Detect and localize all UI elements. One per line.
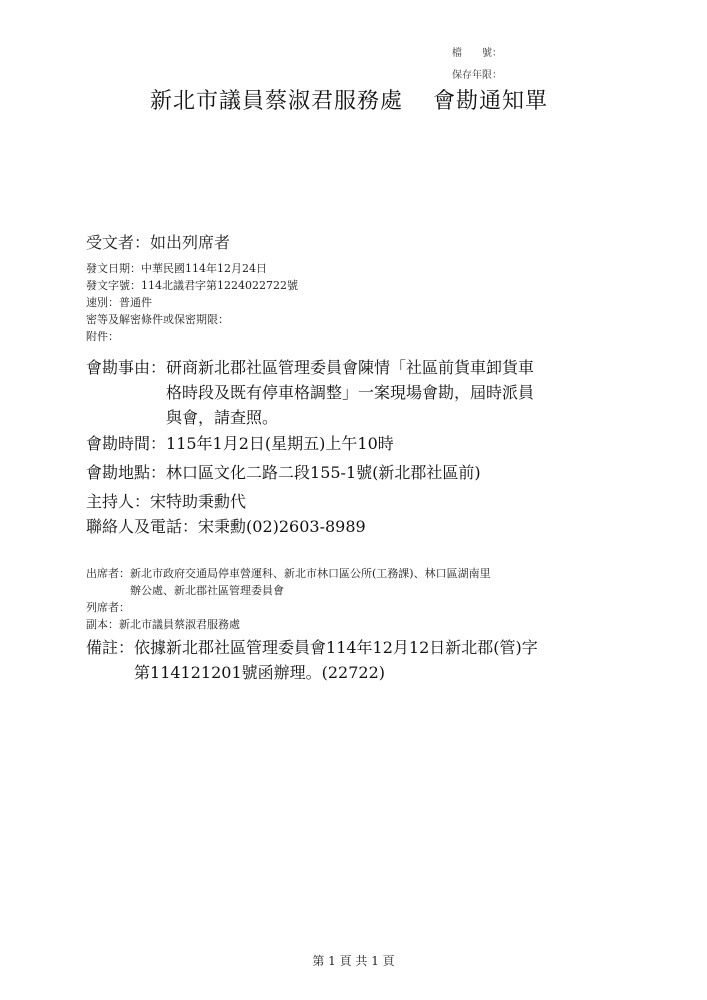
dispatch-number-value: 114北議君字第1224022722號 bbox=[141, 279, 298, 292]
host-label: 主持人： bbox=[86, 492, 150, 511]
dispatch-number-line: 發文字號：114北議君字第1224022722號 bbox=[86, 277, 298, 294]
inspection-time: 會勘時間：115年1月2日(星期五)上午10時 bbox=[86, 431, 394, 456]
distribution-list: 出席者： 新北市政府交通局停車營運科、新北市林口區公所(工務課)、林口區湖南里 … bbox=[86, 565, 491, 633]
form-name: 會勘通知單 bbox=[433, 89, 548, 114]
time-label: 會勘時間： bbox=[86, 434, 166, 453]
speed-value: 普通件 bbox=[119, 296, 152, 309]
dispatch-date-value: 中華民國114年12月24日 bbox=[141, 262, 267, 275]
contact-label: 聯絡人及電話： bbox=[86, 517, 198, 536]
speed-line: 速別：普通件 bbox=[86, 294, 298, 311]
remarks-line: 第114121201號函辦理。(22722) bbox=[134, 660, 538, 685]
attendees-label: 出席者： bbox=[86, 565, 130, 599]
reason-label: 會勘事由： bbox=[86, 355, 166, 430]
remarks: 備註： 依據新北郡社區管理委員會114年12月12日新北郡(管)字 第11412… bbox=[86, 635, 538, 685]
remarks-line: 依據新北郡社區管理委員會114年12月12日新北郡(管)字 bbox=[134, 635, 538, 660]
observers-line: 列席者： bbox=[86, 599, 491, 616]
recipient-value: 如出列席者 bbox=[150, 233, 230, 252]
classification-line: 密等及解密條件或保密期限： bbox=[86, 311, 298, 328]
dispatch-date-line: 發文日期：中華民國114年12月24日 bbox=[86, 260, 298, 277]
contact-value: 宋秉勳(02)2603-8989 bbox=[198, 517, 366, 536]
retention-period-label: 保存年限： bbox=[452, 66, 502, 81]
attendees-block: 出席者： 新北市政府交通局停車營運科、新北市林口區公所(工務課)、林口區湖南里 … bbox=[86, 565, 491, 599]
host-line: 主持人：宋特助秉勳代 bbox=[86, 489, 246, 514]
host-value: 宋特助秉勳代 bbox=[150, 492, 246, 511]
reason-line: 格時段及既有停車格調整」一案現場會勘，屆時派員 bbox=[166, 380, 534, 405]
time-value: 115年1月2日(星期五)上午10時 bbox=[166, 434, 394, 453]
contact-line: 聯絡人及電話：宋秉勳(02)2603-8989 bbox=[86, 514, 366, 539]
copy-label: 副本： bbox=[86, 618, 119, 631]
location-label: 會勘地點： bbox=[86, 463, 166, 482]
copy-value: 新北市議員蔡淑君服務處 bbox=[119, 618, 240, 631]
remarks-label: 備註： bbox=[86, 635, 134, 685]
observers-label: 列席者： bbox=[86, 601, 130, 614]
attendees-line: 辦公處、新北郡社區管理委員會 bbox=[130, 582, 491, 599]
dispatch-number-label: 發文字號： bbox=[86, 279, 141, 292]
document-title: 新北市議員蔡淑君服務處會勘通知單 bbox=[150, 84, 548, 115]
reason-line: 研商新北郡社區管理委員會陳情「社區前貨車卸貨車 bbox=[166, 355, 534, 380]
page-indicator: 第 1 頁 共 1 頁 bbox=[0, 952, 707, 969]
dispatch-info: 發文日期：中華民國114年12月24日 發文字號：114北議君字第1224022… bbox=[86, 260, 298, 345]
inspection-location: 會勘地點：林口區文化二路二段155-1號(新北郡社區前) bbox=[86, 460, 481, 485]
inspection-reason: 會勘事由： 研商新北郡社區管理委員會陳情「社區前貨車卸貨車 格時段及既有停車格調… bbox=[86, 355, 534, 430]
dispatch-date-label: 發文日期： bbox=[86, 262, 141, 275]
file-number-label: 檔 號： bbox=[452, 44, 502, 59]
copy-line: 副本：新北市議員蔡淑君服務處 bbox=[86, 616, 491, 633]
recipient-label: 受文者： bbox=[86, 233, 150, 252]
classification-label: 密等及解密條件或保密期限： bbox=[86, 313, 229, 326]
reason-line: 與會，請查照。 bbox=[166, 405, 534, 430]
recipient-line: 受文者：如出列席者 bbox=[86, 230, 230, 253]
location-value: 林口區文化二路二段155-1號(新北郡社區前) bbox=[166, 463, 481, 482]
attendees-line: 新北市政府交通局停車營運科、新北市林口區公所(工務課)、林口區湖南里 bbox=[130, 565, 491, 582]
speed-label: 速別： bbox=[86, 296, 119, 309]
attachment-line: 附件： bbox=[86, 328, 298, 345]
office-name: 新北市議員蔡淑君服務處 bbox=[150, 89, 403, 114]
attachment-label: 附件： bbox=[86, 330, 119, 343]
